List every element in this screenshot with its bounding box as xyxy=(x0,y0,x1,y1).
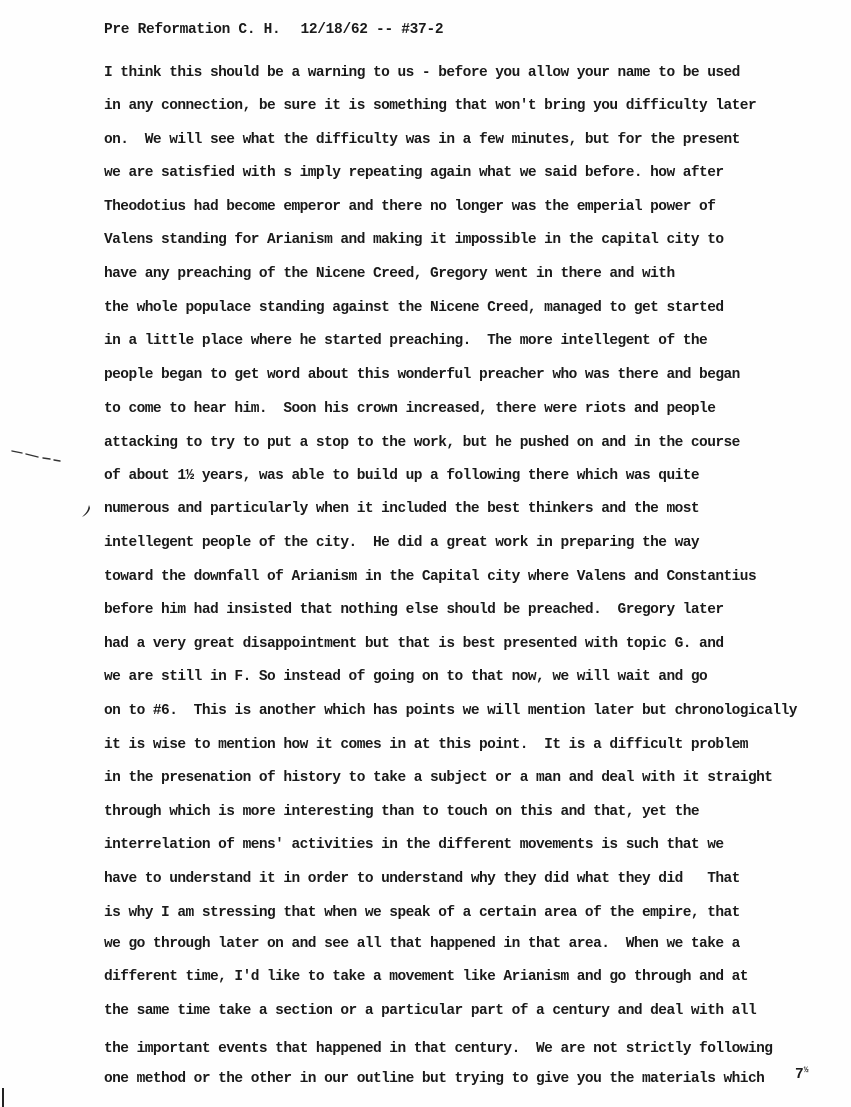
text-line: we are satisfied with s imply repeating … xyxy=(104,164,724,182)
text-line: the important events that happened in th… xyxy=(104,1040,772,1058)
text-line: we are still in F. So instead of going o… xyxy=(104,668,707,686)
text-line: I think this should be a warning to us -… xyxy=(104,64,740,82)
text-line: different time, I'd like to take a movem… xyxy=(104,968,748,986)
text-line: through which is more interesting than t… xyxy=(104,803,699,821)
text-line: it is wise to mention how it comes in at… xyxy=(104,736,748,754)
text-line: intellegent people of the city. He did a… xyxy=(104,534,699,552)
text-line: on. We will see what the difficulty was … xyxy=(104,131,740,149)
text-line: attacking to try to put a stop to the wo… xyxy=(104,434,740,452)
text-line: is why I am stressing that when we speak… xyxy=(104,904,740,922)
course-title: Pre Reformation C. H. xyxy=(104,22,280,38)
text-line: to come to hear him. Soon his crown incr… xyxy=(104,400,715,418)
date-reference: 12/18/62 -- #37-2 xyxy=(300,22,443,38)
page-number-fraction: ½ xyxy=(804,1066,809,1075)
text-line: on to #6. This is another which has poin… xyxy=(104,702,797,720)
text-line: Valens standing for Arianism and making … xyxy=(104,231,724,249)
text-line: in any connection, be sure it is somethi… xyxy=(104,97,756,115)
text-line: had a very great disappointment but that… xyxy=(104,635,724,653)
text-line: numerous and particularly when it includ… xyxy=(104,500,699,518)
document-header: Pre Reformation C. H.12/18/62 -- #37-2 xyxy=(104,22,443,38)
margin-bar-mark xyxy=(2,1088,4,1107)
text-line: before him had insisted that nothing els… xyxy=(104,601,724,619)
text-line: people began to get word about this wond… xyxy=(104,366,740,384)
text-line: have any preaching of the Nicene Creed, … xyxy=(104,265,675,283)
text-line: in the presenation of history to take a … xyxy=(104,769,772,787)
text-line: the same time take a section or a partic… xyxy=(104,1002,756,1020)
page-number-whole: 7 xyxy=(795,1067,804,1083)
text-line: in a little place where he started preac… xyxy=(104,332,707,350)
text-line: interrelation of mens' activities in the… xyxy=(104,836,724,854)
text-line: we go through later on and see all that … xyxy=(104,935,740,953)
margin-hook-mark-icon xyxy=(80,503,94,519)
text-line: have to understand it in order to unders… xyxy=(104,870,740,888)
text-line: one method or the other in our outline b… xyxy=(104,1070,764,1088)
text-line: Theodotius had become emperor and there … xyxy=(104,198,715,216)
text-line: of about 1½ years, was able to build up … xyxy=(104,467,699,485)
document-page: Pre Reformation C. H.12/18/62 -- #37-2 I… xyxy=(0,0,851,1107)
text-line: toward the downfall of Arianism in the C… xyxy=(104,568,756,586)
text-line: the whole populace standing against the … xyxy=(104,299,724,317)
margin-dash-mark-icon xyxy=(10,448,62,462)
page-number: 7½ xyxy=(795,1066,809,1083)
